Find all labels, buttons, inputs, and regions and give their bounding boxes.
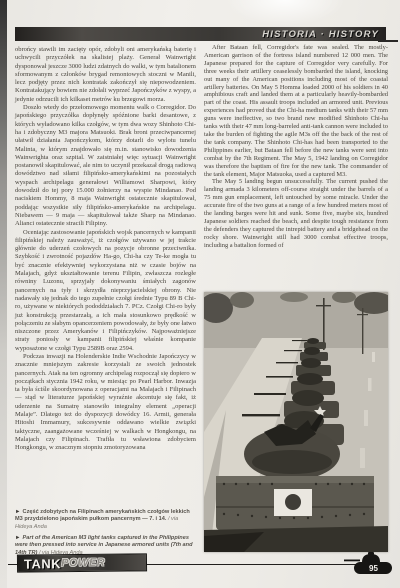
polish-paragraph: Doszło wtedy do przełomowego momentu wal… [15, 104, 196, 228]
photo-caption-polish: ►Część zdobytych na Filipinach amerykańs… [15, 509, 193, 531]
polish-paragraph: obrońcy stawili im zacięty opór, zdobyli… [15, 46, 196, 104]
tankpower-logo: TANKPOWER [17, 553, 147, 572]
polish-paragraph: Podczas inwazji na Holenderskie Indie Ws… [15, 353, 196, 453]
scan-spine-shadow [0, 0, 7, 588]
scan-page-curl [225, 0, 345, 26]
logo-power-text: POWER [61, 557, 105, 569]
section-header-bar: HISTORIA · HISTORY [15, 27, 386, 41]
tank-photo-illustration [204, 292, 388, 552]
caption-text: Część zdobytych na Filipinach amerykańsk… [15, 509, 190, 522]
header-rule-tick [378, 40, 398, 42]
caption-arrow-icon: ► [15, 509, 21, 515]
logo-tank-text: TANK [24, 556, 61, 571]
polish-paragraph: Oceniając zastosowanie japońskich wojsk … [15, 229, 196, 353]
caption-arrow-icon: ► [15, 535, 21, 541]
photo-captured-m3-tank-column [204, 292, 388, 552]
english-paragraph: The May 5 landing begun unsuccessfully. … [204, 178, 388, 249]
polish-text-column: obrońcy stawili im zacięty opór, zdobyli… [15, 46, 196, 453]
page-number: 95 [369, 564, 378, 573]
section-title: HISTORIA · HISTORY [262, 29, 379, 40]
english-paragraph: After Bataan fell, Corregidor's fate was… [204, 44, 388, 178]
english-text-column: After Bataan fell, Corregidor's fate was… [204, 44, 388, 292]
japanese-flag-disc [285, 494, 301, 510]
magazine-page: HISTORIA · HISTORY obrońcy stawili im za… [0, 0, 400, 588]
page-number-tank-icon: 95 [344, 550, 394, 577]
